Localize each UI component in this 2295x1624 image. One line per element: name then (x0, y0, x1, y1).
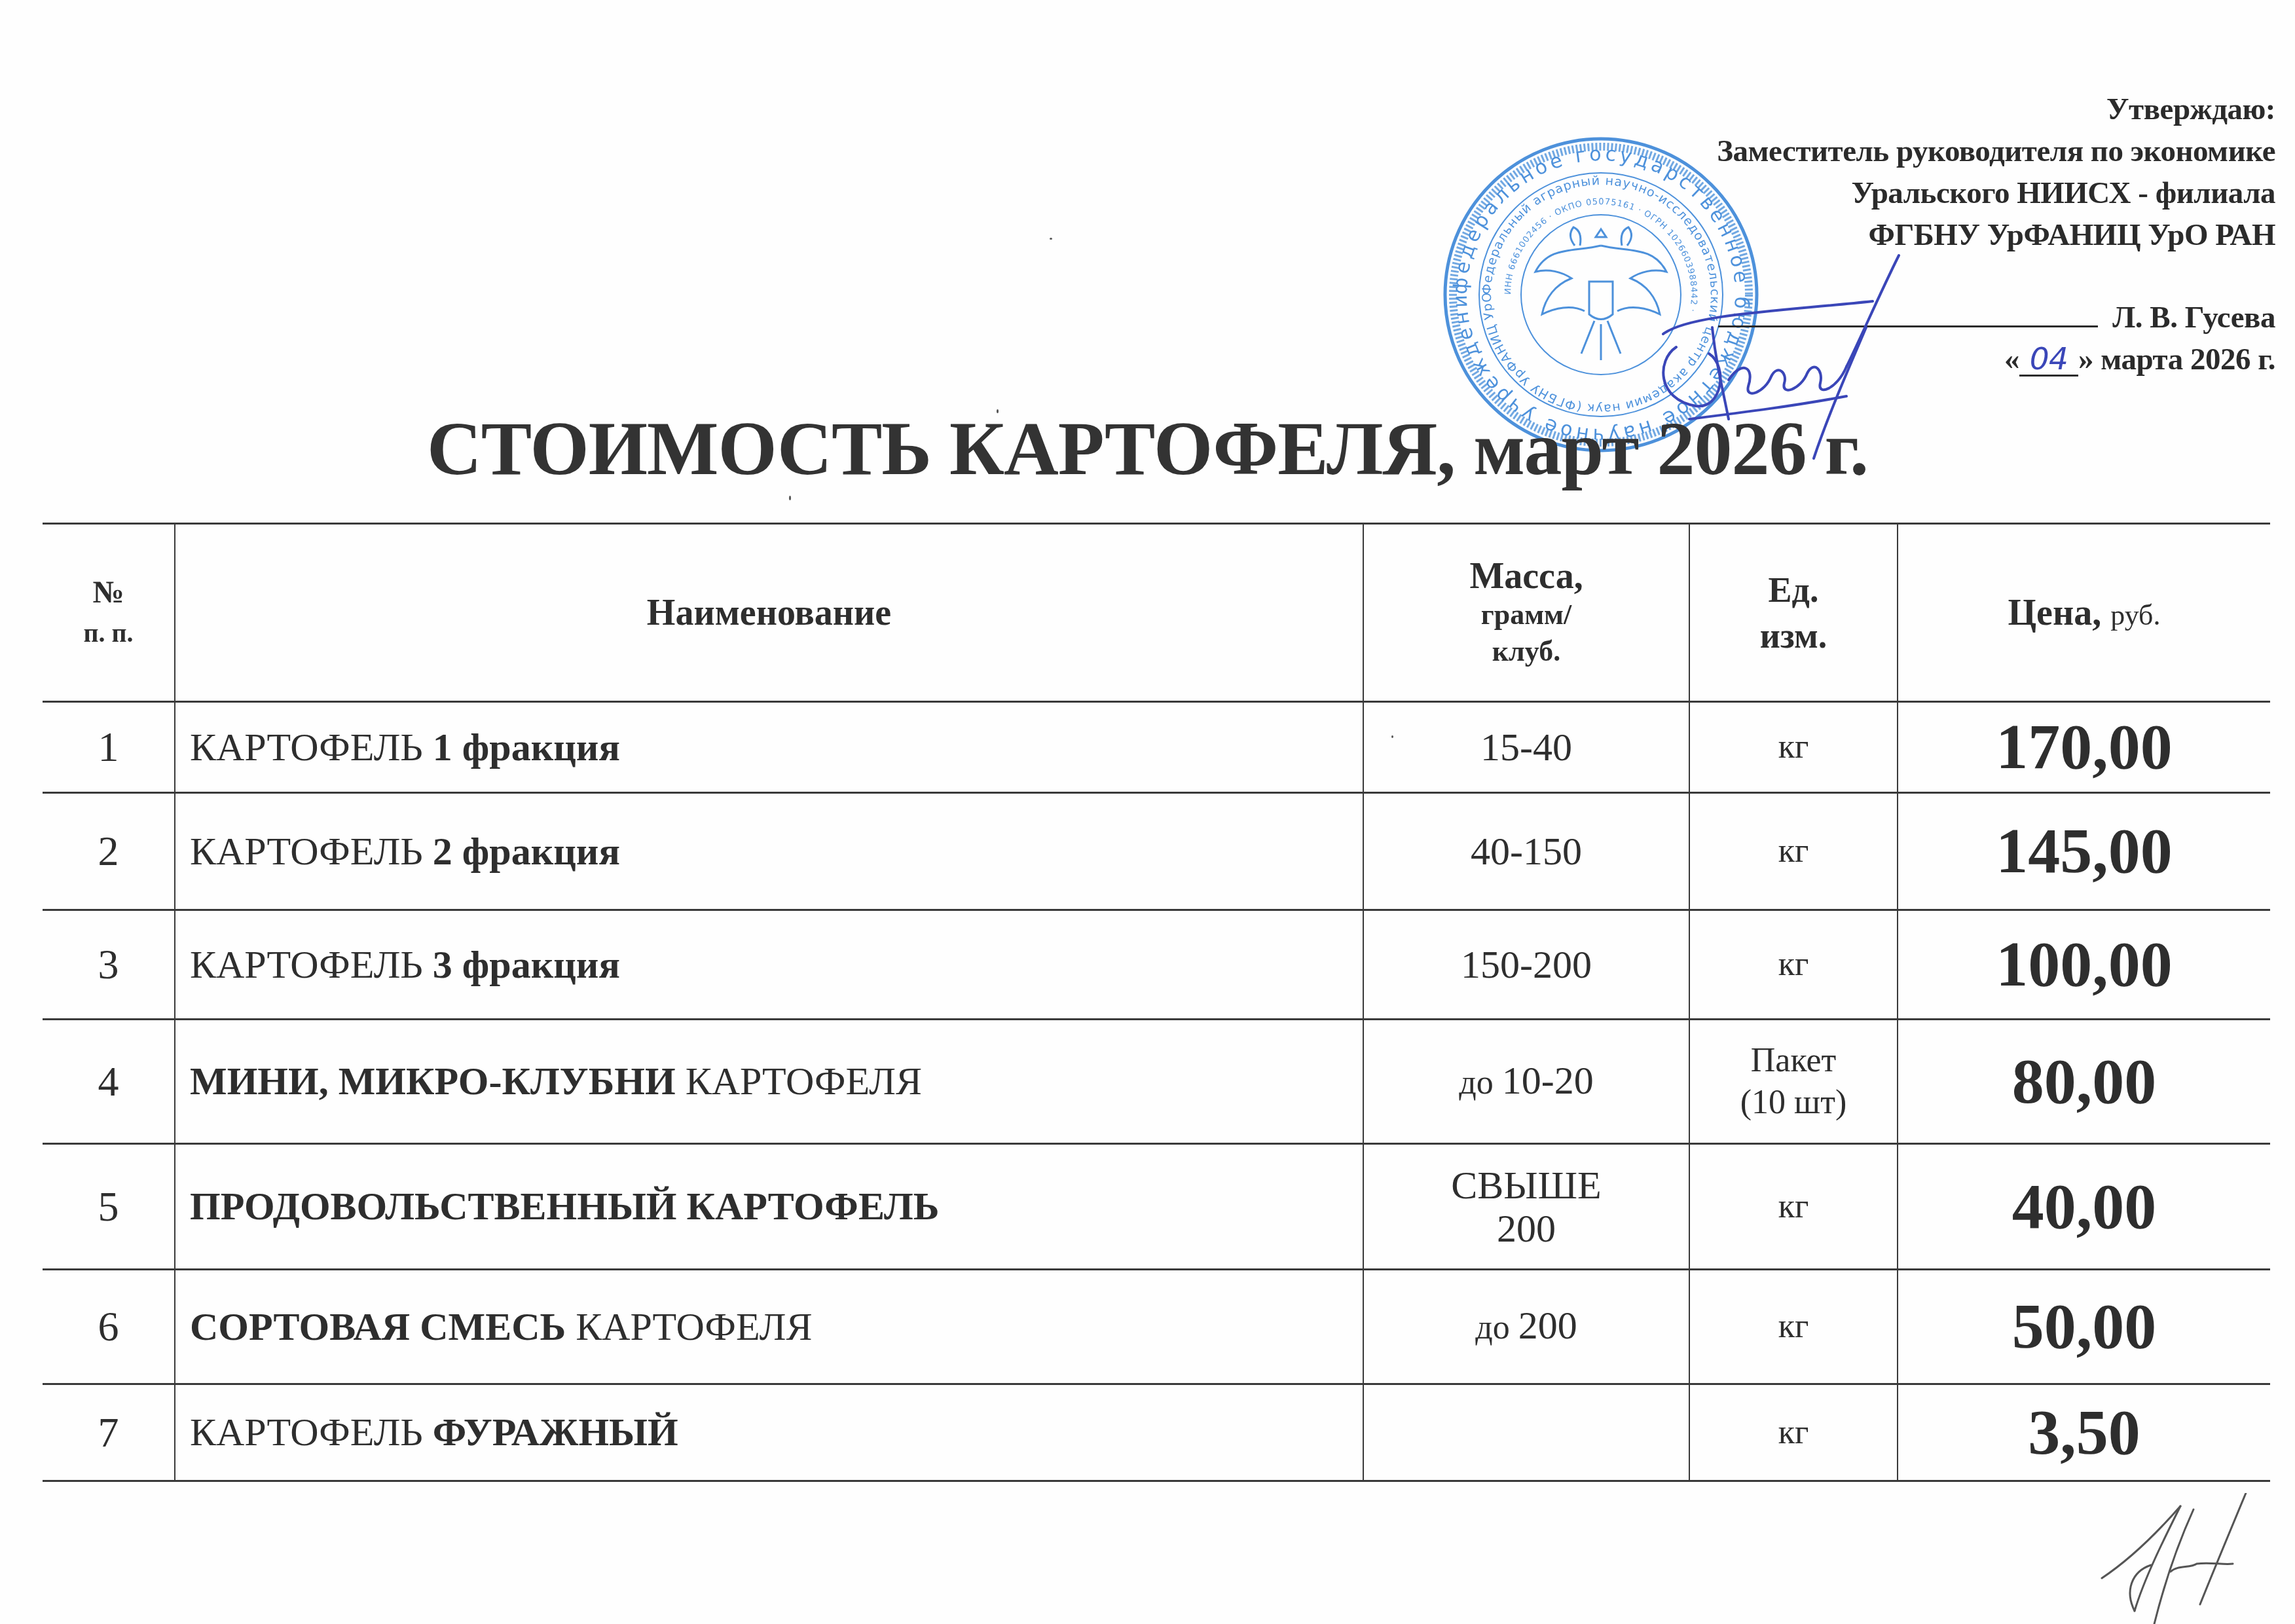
header-unit: Ед. изм. (1689, 524, 1898, 702)
tuber-mass: 15-40 (1363, 702, 1689, 793)
tuber-mass (1363, 1384, 1689, 1481)
table-row: 7КАРТОФЕЛЬ ФУРАЖНЫЙкг3,50 (43, 1384, 2270, 1481)
approver-position-line-2: Уральского НИИСХ - филиала (1490, 172, 2275, 214)
approver-position-line-1: Заместитель руководителя по экономике (1490, 130, 2275, 172)
table-row: 4МИНИ, МИКРО-КЛУБНИ КАРТОФЕЛЯдо 10-20Пак… (43, 1020, 2270, 1144)
product-name: КАРТОФЕЛЬ 2 фракция (175, 793, 1363, 910)
approver-name: Л. В. Гусева (2112, 301, 2275, 335)
unit-of-measure: кг (1689, 1384, 1898, 1481)
scan-speck (789, 496, 791, 500)
row-number: 3 (43, 910, 175, 1020)
page-title: СТОИМОСТЬ КАРТОФЕЛЯ, март 2026 г. (0, 406, 2295, 493)
row-number: 1 (43, 702, 175, 793)
product-name: МИНИ, МИКРО-КЛУБНИ КАРТОФЕЛЯ (175, 1020, 1363, 1144)
price-value: 50,00 (1898, 1270, 2270, 1384)
table-row: 2КАРТОФЕЛЬ 2 фракция40-150кг145,00 (43, 793, 2270, 910)
approval-heading: Утверждаю: (1490, 88, 2275, 130)
row-number: 2 (43, 793, 175, 910)
header-number: № п. п. (43, 524, 175, 702)
price-value: 80,00 (1898, 1020, 2270, 1144)
tuber-mass: 150-200 (1363, 910, 1689, 1020)
unit-of-measure: кг (1689, 1270, 1898, 1384)
price-value: 40,00 (1898, 1144, 2270, 1270)
date-quote-open: « (2004, 342, 2019, 377)
product-name: ПРОДОВОЛЬСТВЕННЫЙ КАРТОФЕЛЬ (175, 1144, 1363, 1270)
document-page: федеральное государственное бюджетное на… (0, 0, 2295, 1624)
table-row: 5ПРОДОВОЛЬСТВЕННЫЙ КАРТОФЕЛЬСВЫШЕ200кг40… (43, 1144, 2270, 1270)
table-header-row: № п. п. Наименование Масса, грамм/ клуб.… (43, 524, 2270, 702)
product-name: СОРТОВАЯ СМЕСЬ КАРТОФЕЛЯ (175, 1270, 1363, 1384)
product-name: КАРТОФЕЛЬ 1 фракция (175, 702, 1363, 793)
row-number: 7 (43, 1384, 175, 1481)
table-row: 3КАРТОФЕЛЬ 3 фракция150-200кг100,00 (43, 910, 2270, 1020)
price-value: 170,00 (1898, 702, 2270, 793)
unit-of-measure: кг (1689, 1144, 1898, 1270)
tuber-mass: до 10-20 (1363, 1020, 1689, 1144)
date-day-handwritten: 04 (2019, 344, 2078, 377)
price-value: 100,00 (1898, 910, 2270, 1020)
tuber-mass: СВЫШЕ200 (1363, 1144, 1689, 1270)
price-value: 3,50 (1898, 1384, 2270, 1481)
price-table: № п. п. Наименование Масса, грамм/ клуб.… (43, 523, 2270, 1482)
scan-speck (1391, 735, 1393, 738)
price-value: 145,00 (1898, 793, 2270, 910)
table-row: 1КАРТОФЕЛЬ 1 фракция15-40кг170,00 (43, 702, 2270, 793)
scan-speck (1050, 238, 1052, 240)
initials-signature-icon (2092, 1493, 2249, 1624)
row-number: 5 (43, 1144, 175, 1270)
product-name: КАРТОФЕЛЬ 3 фракция (175, 910, 1363, 1020)
header-name: Наименование (175, 524, 1363, 702)
date-month-year: » марта 2026 г. (2078, 342, 2275, 377)
product-name: КАРТОФЕЛЬ ФУРАЖНЫЙ (175, 1384, 1363, 1481)
table-row: 6СОРТОВАЯ СМЕСЬ КАРТОФЕЛЯдо 200кг50,00 (43, 1270, 2270, 1384)
unit-of-measure: кг (1689, 702, 1898, 793)
row-number: 4 (43, 1020, 175, 1144)
handwritten-signature-icon (1650, 249, 1925, 465)
header-mass: Масса, грамм/ клуб. (1363, 524, 1689, 702)
unit-of-measure: Пакет(10 шт) (1689, 1020, 1898, 1144)
unit-of-measure: кг (1689, 910, 1898, 1020)
tuber-mass: до 200 (1363, 1270, 1689, 1384)
tuber-mass: 40-150 (1363, 793, 1689, 910)
header-price: Цена, руб. (1898, 524, 2270, 702)
row-number: 6 (43, 1270, 175, 1384)
unit-of-measure: кг (1689, 793, 1898, 910)
